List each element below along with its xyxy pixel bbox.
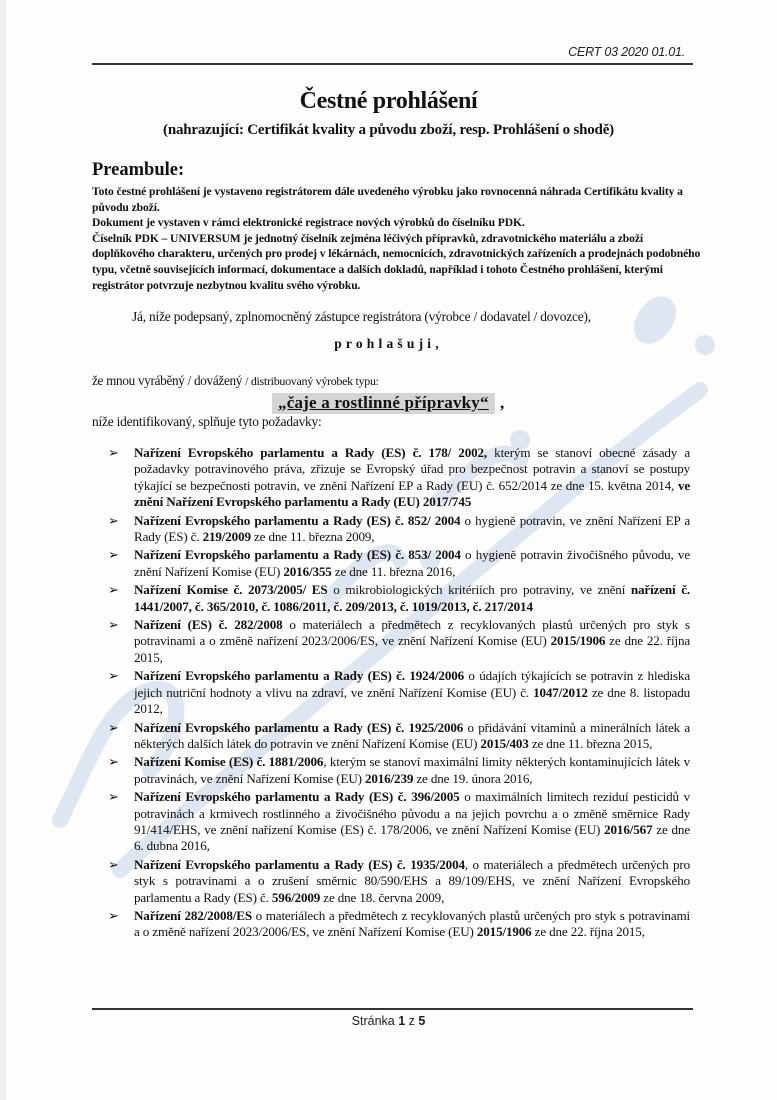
product-type-prefix: že mnou vyráběný / dovážený — [92, 373, 245, 388]
preamble-text: Toto čestné prohlášení je vystaveno regi… — [92, 184, 702, 293]
bullet-arrow-icon: ➢ — [108, 789, 119, 805]
regulation-reference: Nařízení Evropského parlamentu a Rady (E… — [134, 789, 460, 804]
product-category-name: „čaje a rostlinné přípravky“ — [272, 393, 495, 414]
declaration-intro: Já, níže podepsaný, zplnomocněný zástupc… — [132, 309, 591, 325]
regulation-reference: 2015/403 — [480, 736, 528, 751]
page-total: 5 — [418, 1014, 425, 1028]
regulation-item: ➢Nařízení (ES) č. 282/2008 o materiálech… — [108, 617, 690, 666]
regulation-reference: 2016/355 — [283, 564, 331, 579]
product-category-comma: , — [500, 393, 504, 413]
regulation-reference: 2015/1906 — [477, 924, 532, 939]
regulation-reference: 1047/2012 — [533, 685, 588, 700]
page-of: z — [409, 1014, 415, 1028]
regulation-item: ➢Nařízení Komise č. 2073/2005/ ES o mikr… — [108, 582, 690, 615]
regulation-text: ze dne 11. března 2015, — [529, 736, 653, 751]
regulation-text: o mikrobiologických kritériích pro potra… — [328, 582, 631, 597]
regulation-reference: Nařízení Evropského parlamentu a Rady (E… — [134, 513, 460, 528]
regulation-reference: Nařízení Evropského parlamentu a Rady (E… — [134, 720, 463, 735]
preamble-paragraph: Dokument je vystaven v rámci elektronick… — [92, 215, 702, 231]
document-code: CERT 03 2020 01.01. — [568, 45, 685, 59]
regulation-reference: 596/2009 — [272, 890, 320, 905]
regulation-item: ➢Nařízení Evropského parlamentu a Rady (… — [108, 720, 690, 753]
bullet-arrow-icon: ➢ — [108, 720, 119, 736]
regulation-reference: Nařízení Evropského parlamentu a Rady (E… — [134, 857, 465, 872]
regulation-reference: Nařízení Komise č. 2073/2005/ ES — [134, 582, 328, 597]
regulation-reference: 2016/567 — [604, 822, 652, 837]
regulation-item: ➢Nařízení Evropského parlamentu a Rady (… — [108, 857, 690, 906]
regulation-reference: Nařízení Evropského parlamentu a Rady (E… — [134, 547, 461, 562]
regulation-reference: Nařízení (ES) č. 282/2008 — [134, 617, 283, 632]
bullet-arrow-icon: ➢ — [108, 857, 119, 873]
regulation-reference: 2016/239 — [365, 771, 413, 786]
bullet-arrow-icon: ➢ — [108, 617, 119, 633]
bullet-arrow-icon: ➢ — [108, 582, 119, 598]
compliance-intro: níže identifikovaný, splňuje tyto požada… — [92, 414, 322, 430]
bullet-arrow-icon: ➢ — [108, 445, 119, 461]
bullet-arrow-icon: ➢ — [108, 547, 119, 563]
bullet-arrow-icon: ➢ — [108, 754, 119, 770]
preamble-paragraph: Číselník PDK – UNIVERSUM je jednotný čís… — [92, 231, 702, 293]
regulation-item: ➢Nařízení Evropského parlamentu a Rady (… — [108, 668, 690, 717]
regulation-item: ➢Nařízení Evropského parlamentu a Rady (… — [108, 547, 690, 580]
regulation-reference: Nařízení Komise (ES) č. 1881/2006 — [134, 754, 323, 769]
regulations-list: ➢Nařízení Evropského parlamentu a Rady (… — [108, 445, 690, 943]
regulation-reference: Nařízení Evropského parlamentu a Rady (E… — [134, 668, 464, 683]
bullet-arrow-icon: ➢ — [108, 513, 119, 529]
regulation-reference: 219/2009 — [203, 529, 251, 544]
product-type-line: že mnou vyráběný / dovážený / distribuov… — [92, 373, 379, 389]
regulation-item: ➢Nařízení Evropského parlamentu a Rady (… — [108, 789, 690, 855]
footer-divider — [92, 1008, 693, 1010]
regulation-reference: Nařízení 282/2008/ES — [134, 908, 252, 923]
declaration-verb: prohlašuji, — [0, 336, 777, 352]
regulation-item: ➢Nařízení Komise (ES) č. 1881/2006, kter… — [108, 754, 690, 787]
preamble-heading: Preambule: — [92, 160, 184, 181]
page-number: Stránka 1 z 5 — [0, 1014, 777, 1028]
regulation-item: ➢Nařízení Evropského parlamentu a Rady (… — [108, 513, 690, 546]
page-label: Stránka — [352, 1014, 395, 1028]
product-type-suffix: / distribuovaný výrobek typu: — [245, 374, 379, 388]
regulation-item: ➢Nařízení 282/2008/ES o materiálech a př… — [108, 908, 690, 941]
regulation-text: ze dne 19. února 2016, — [413, 771, 532, 786]
document-title: Čestné prohlášení — [0, 88, 777, 115]
regulation-reference: 2015/1906 — [551, 633, 606, 648]
scan-page-edge — [0, 0, 6, 1100]
regulation-text: ze dne 18. června 2009, — [320, 890, 444, 905]
document-subtitle: (nahrazující: Certifikát kvality a původ… — [0, 122, 777, 139]
regulation-reference: Nařízení Evropského parlamentu a Rady (E… — [134, 445, 487, 460]
bullet-arrow-icon: ➢ — [108, 668, 119, 684]
preamble-paragraph: Toto čestné prohlášení je vystaveno regi… — [92, 184, 702, 215]
regulation-text: ze dne 22. října 2015, — [532, 924, 645, 939]
bullet-arrow-icon: ➢ — [108, 908, 119, 924]
header-divider — [92, 63, 693, 65]
regulation-item: ➢Nařízení Evropského parlamentu a Rady (… — [108, 445, 690, 511]
regulation-text: ze dne 11. března 2009, — [251, 529, 375, 544]
regulation-text: ze dne 11. března 2016, — [332, 564, 456, 579]
page-current: 1 — [398, 1014, 405, 1028]
